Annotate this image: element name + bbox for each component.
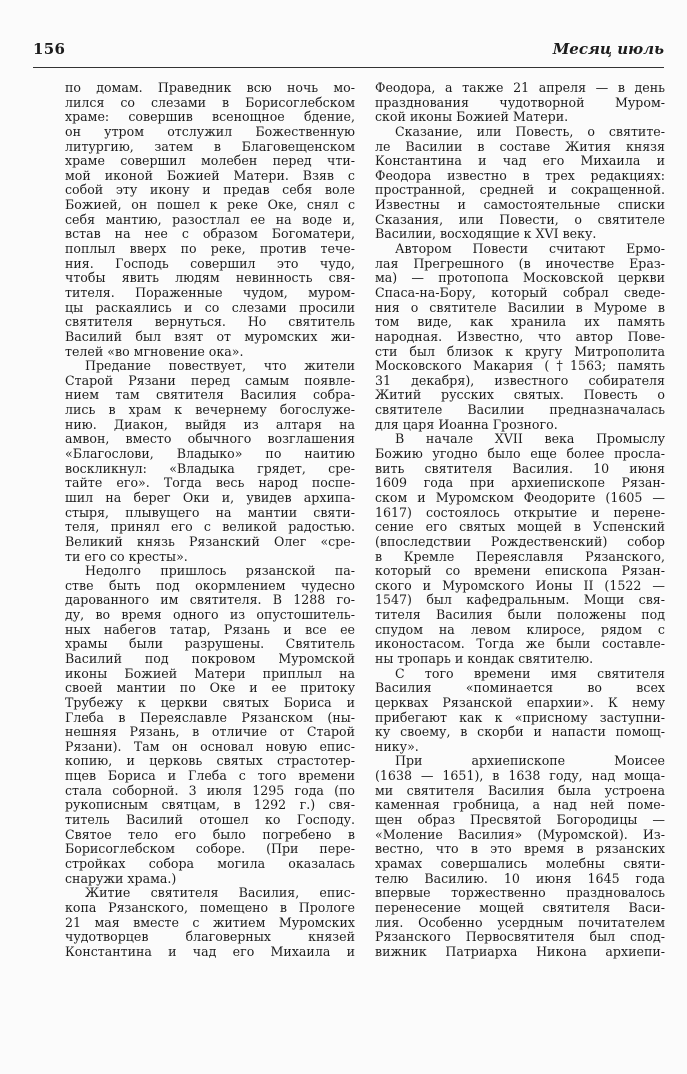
page-number: 156 [33,40,65,58]
text-line: Трубежу к церкви святых Бориса и [65,696,355,711]
text-line: ского и Муромского Ионы II (1522 — [375,579,665,594]
text-line: нешняя Рязань, в отличие от Старой [65,725,355,740]
text-line: цы раскаялись и со слезами просили [65,301,355,316]
text-line: вить святителя Василия. 10 июня [375,462,665,477]
text-line: вижник Патриарха Никона архиепи- [375,945,665,960]
header-rule [33,67,664,68]
text-line: ны тропарь и кондак святителю. [375,652,665,667]
text-line: сти был близок к кругу Митрополита [375,345,665,360]
text-line: При архиепископе Моисее [375,754,665,769]
text-line: Рязани). Там он основал новую епис- [65,740,355,755]
text-line: Святое тело его было погребено в [65,828,355,843]
text-line: сение его святых мощей в Успенский [375,520,665,535]
text-line: «Моление Василия» (Муромской). Из- [375,828,665,843]
text-line: ния. Господь совершил это чудо, [65,257,355,272]
text-line: своей мантии по Оке и ее притоку [65,681,355,696]
text-line: Великий князь Рязанский Олег «сре- [65,535,355,550]
text-line: Старой Рязани перед самым появле- [65,374,355,389]
text-line: который со времени епископа Рязан- [375,564,665,579]
text-line: Василии, восходящие к XVI веку. [375,227,665,242]
text-line: щен образ Пресвятой Богородицы — [375,813,665,828]
text-line: празднования чудотворной Муром- [375,96,665,111]
text-line: себя мантию, разостлал ее на воде и, [65,213,355,228]
text-line: 1547) был кафедральным. Мощи свя- [375,593,665,608]
text-line: по домам. Праведник всю ночь мо- [65,81,355,96]
text-line: Предание повествует, что жители [65,359,355,374]
text-line: спудом на левом клиросе, рядом с [375,623,665,638]
text-line: собой эту икону и предав себя воле [65,183,355,198]
text-line: тителя Василия были положены под [375,608,665,623]
text-line: нику». [375,740,665,755]
text-line: святителе Василии предназначалась [375,403,665,418]
text-line: перенесение мощей святителя Васи- [375,901,665,916]
text-line: ку своему, в скорби и напасти помощ- [375,725,665,740]
text-line: ской иконы Божией Матери. [375,110,665,125]
text-line: лился со слезами в Борисоглебском [65,96,355,111]
text-line: титель Василий отошел ко Господу. [65,813,355,828]
text-line: храме совершил молебен перед чти- [65,154,355,169]
text-line: стве быть под окормлением чудесно [65,579,355,594]
left-column: по домам. Праведник всю ночь мо-лился со… [65,81,355,959]
text-line: дарованного им святителя. В 1288 го- [65,593,355,608]
text-line: ных набегов татар, Рязань и все ее [65,623,355,638]
text-line: Автором Повести считают Ермо- [375,242,665,257]
text-line: нием там святителя Василия собра- [65,388,355,403]
text-line: ти его со кресты». [65,550,355,565]
text-line: иконы Божией Матери приплыл на [65,667,355,682]
text-line: святителя вернуться. Но святитель [65,315,355,330]
text-line: ми святителя Василия была устроена [375,784,665,799]
text-line: прибегают как к «присному заступни- [375,711,665,726]
text-line: Василий был взят от муромских жи- [65,330,355,345]
text-line: чудотворцев благоверных князей [65,930,355,945]
text-line: В начале XVII века Промыслу [375,432,665,447]
text-line: храмы были разрушены. Святитель [65,637,355,652]
text-line: 1609 года при архиепископе Рязан- [375,476,665,491]
text-line: ма) — протопопа Московской церкви [375,271,665,286]
text-line: Спаса-на-Бору, который собрал сведе- [375,286,665,301]
text-line: Житие святителя Василия, епис- [65,886,355,901]
text-line: копа Рязанского, помещено в Прологе [65,901,355,916]
text-line: стройках собора могила оказалась [65,857,355,872]
text-line: лая Прегрешного (в иночестве Ераз- [375,257,665,272]
text-line: нию. Диакон, выйдя из алтаря на [65,418,355,433]
running-title: Месяц июль [553,40,664,58]
text-line: копию, и церковь святых страстотер- [65,754,355,769]
text-line: Недолго пришлось рязанской па- [65,564,355,579]
text-line: воскликнул: «Владыка грядет, сре- [65,462,355,477]
text-line: Московского Макария (†1563; память [375,359,665,374]
text-line: он утром отслужил Божественную [65,125,355,140]
text-line: Феодора известно в трех редакциях: [375,169,665,184]
text-line: лись в храм к вечернему богослуже- [65,403,355,418]
text-line: Василия «поминается во всех [375,681,665,696]
text-line: «Благослови, Владыко» по наитию [65,447,355,462]
text-line: народная. Известно, что автор Пове- [375,330,665,345]
text-line: для царя Иоанна Грозного. [375,418,665,433]
text-line: Известны и самостоятельные списки [375,198,665,213]
text-line: вестно, что в это время в рязанских [375,842,665,857]
text-line: ду, во время одного из опустошитель- [65,608,355,623]
text-line: (1638 — 1651), в 1638 году, над моща- [375,769,665,784]
text-line: Божией, он пошел к реке Оке, снял с [65,198,355,213]
text-line: телю Василию. 10 июня 1645 года [375,872,665,887]
text-line: пцев Бориса и Глеба с того времени [65,769,355,784]
text-line: стыря, плывущего на мантии святи- [65,506,355,521]
text-line: (впоследствии Рождественский) собор [375,535,665,550]
text-line: Феодора, а также 21 апреля — в день [375,81,665,96]
text-line: храмах совершались молебны святи- [375,857,665,872]
text-line: храме: совершив всенощное бдение, [65,110,355,125]
text-line: шил на берег Оки и, увидев архипа- [65,491,355,506]
text-line: 1617) состоялось открытие и перене- [375,506,665,521]
text-line: Борисоглебском соборе. (При пере- [65,842,355,857]
text-line: ском и Муромском Феодорите (1605 — [375,491,665,506]
text-line: чтобы явить людям невинность свя- [65,271,355,286]
text-line: амвон, вместо обычного возглашения [65,432,355,447]
text-line: пространной, средней и сокращенной. [375,183,665,198]
text-line: рукописным святцам, в 1292 г.) свя- [65,798,355,813]
text-line: литургию, затем в Благовещенском [65,140,355,155]
text-line: 31 декабря), известного собирателя [375,374,665,389]
text-line: каменная гробница, а над ней поме- [375,798,665,813]
text-line: иконостасом. Тогда же были составле- [375,637,665,652]
text-line: Глеба в Переяславле Рязанском (ны- [65,711,355,726]
text-line: теля, принял его с великой радостью. [65,520,355,535]
text-line: лия. Особенно усердным почитателем [375,916,665,931]
text-line: ния о святителе Василии в Муроме в [375,301,665,316]
text-line: том виде, как хранила их память [375,315,665,330]
text-line: Божию угодно было еще более просла- [375,447,665,462]
text-line: в Кремле Переяславля Рязанского, [375,550,665,565]
text-line: Константина и чад его Михаила и [65,945,355,960]
text-line: С того времени имя святителя [375,667,665,682]
text-line: снаружи храма.) [65,872,355,887]
text-line: тайте его». Тогда весь народ поспе- [65,476,355,491]
text-line: тителя. Пораженные чудом, муром- [65,286,355,301]
text-line: Рязанского Первосвятителя был спод- [375,930,665,945]
right-column: Феодора, а также 21 апреля — в деньпразд… [375,81,665,959]
text-line: Василий под покровом Муромской [65,652,355,667]
text-line: Житий русских святых. Повесть о [375,388,665,403]
text-line: Сказания, или Повести, о святителе [375,213,665,228]
text-line: стала соборной. 3 июля 1295 года (по [65,784,355,799]
text-line: Константина и чад его Михаила и [375,154,665,169]
text-line: встав на нее с образом Богоматери, [65,227,355,242]
page-header: 156 Месяц июль [33,40,664,62]
text-line: Сказание, или Повесть, о святите- [375,125,665,140]
text-line: мой иконой Божией Матери. Взяв с [65,169,355,184]
text-line: церквах Рязанской епархии». К нему [375,696,665,711]
text-line: поплыл вверх по реке, против тече- [65,242,355,257]
text-line: впервые торжественно праздновалось [375,886,665,901]
text-line: телей «во мгновение ока». [65,345,355,360]
text-line: ле Василии в составе Жития князя [375,140,665,155]
text-line: 21 мая вместе с житием Муромских [65,916,355,931]
